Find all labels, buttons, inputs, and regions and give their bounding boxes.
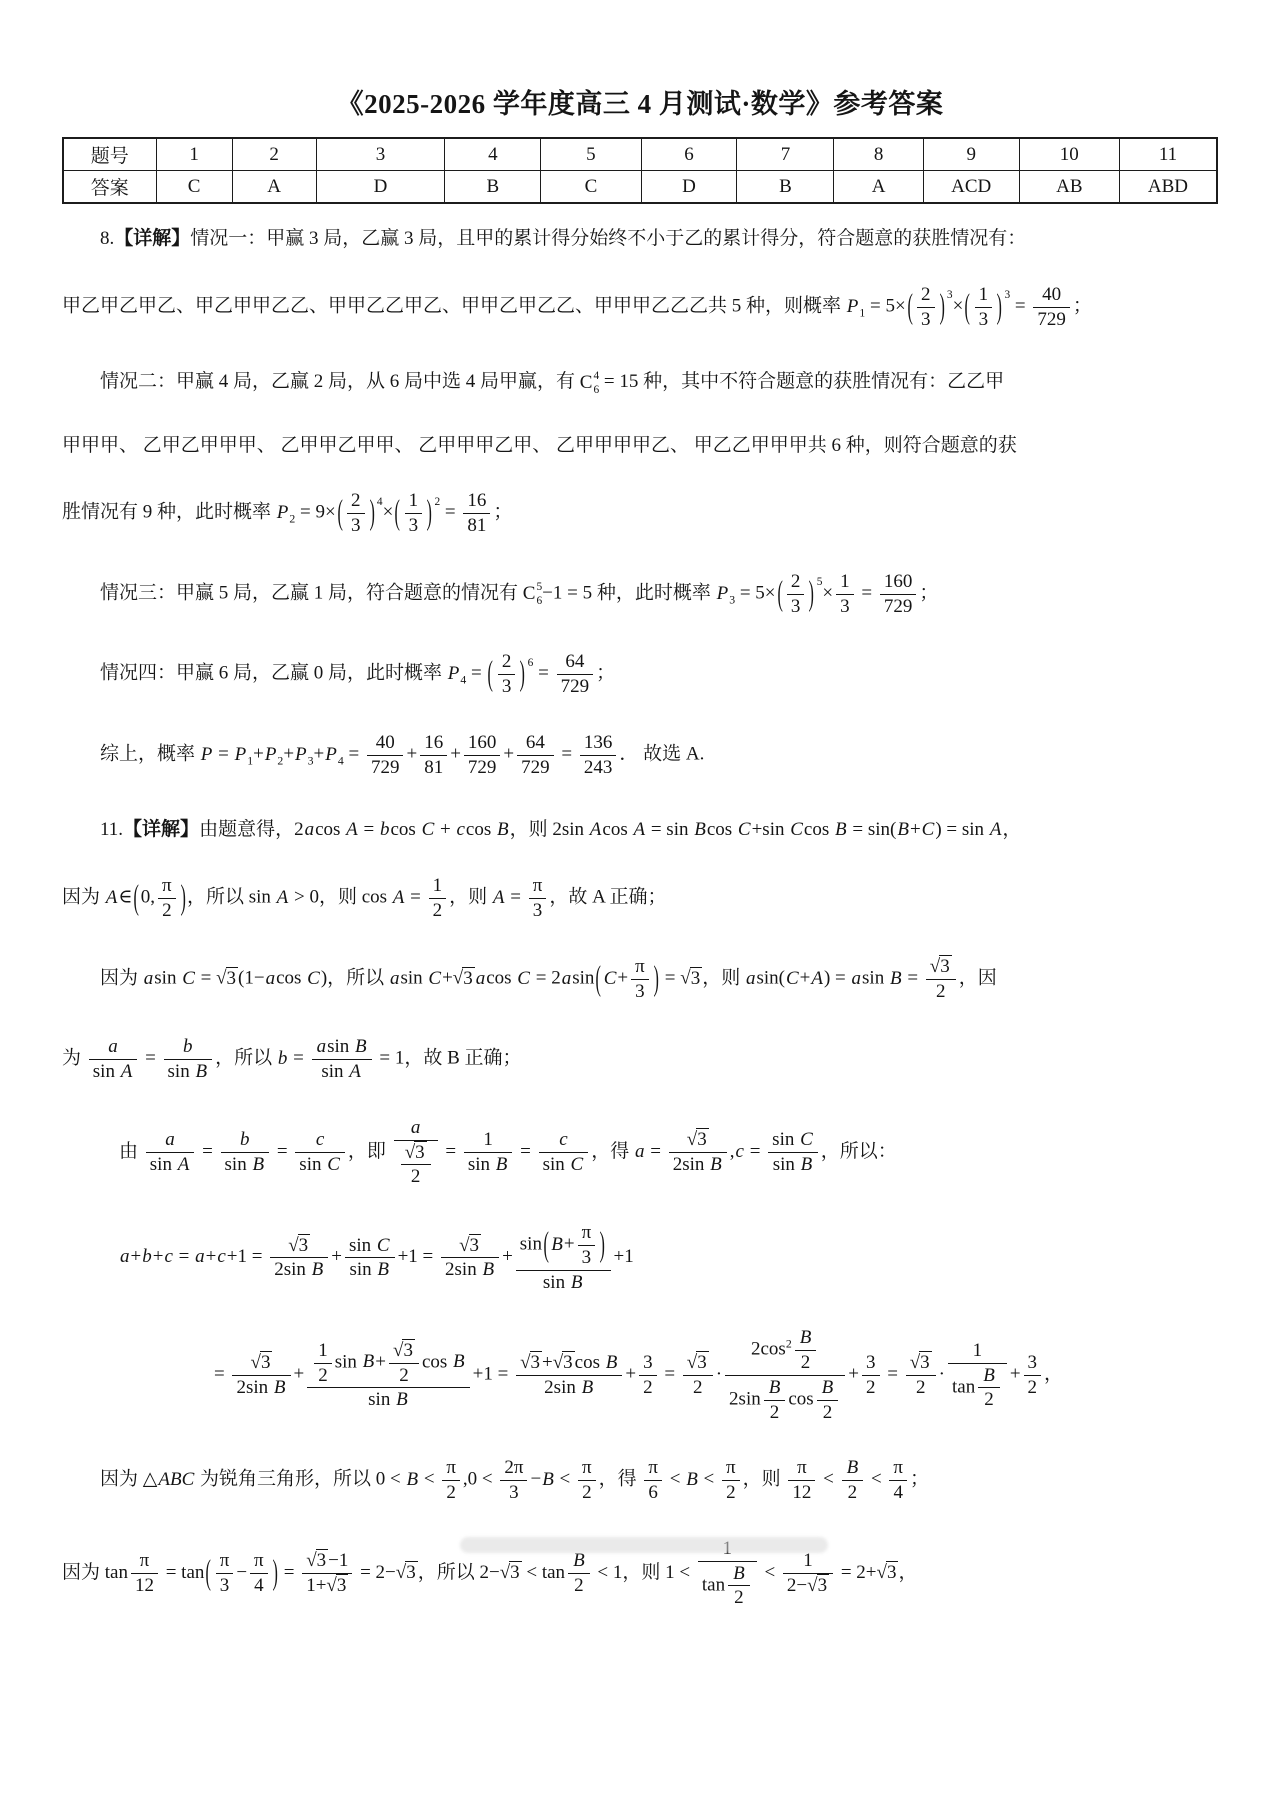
solution-line-q8: 胜情况有 9 种，此时概率 P2 = 9×(23)4×(13)2 = 1681； (62, 489, 1218, 538)
solution-line-q11: 由 asin A = bsin B = csin C，即 a√32 = 1sin… (62, 1116, 1218, 1189)
question-number-cell: 4 (445, 138, 541, 171)
answer-cell: A (834, 171, 923, 204)
answer-cell: D (316, 171, 445, 204)
row-header-cell: 题号 (63, 138, 156, 171)
solution-line-q11: a+b+c = a+c+1 = √32sin B+sin Csin B+1 = … (62, 1221, 1218, 1294)
solution-line-q11: 因为 asin C = √3(1−acos C)，所以 asin C+√3aco… (62, 955, 1218, 1004)
answer-table-row: 答案CADBCDBAACDABABD (63, 171, 1217, 204)
solution-lines: 8.【详解】情况一：甲赢 3 局，乙赢 3 局，且甲的累计得分始终不小于乙的累计… (62, 220, 1218, 1610)
solution-line-q8: 情况二：甲赢 4 局，乙赢 2 局，从 6 局中选 4 局甲赢，有 C46 = … (62, 363, 1218, 402)
answer-cell: D (641, 171, 737, 204)
solution-line-q11: 11.【详解】由题意得，2acos A = bcos C + ccos B，则 … (62, 811, 1218, 850)
question-number-cell: 5 (541, 138, 641, 171)
question-number-cell: 9 (923, 138, 1019, 171)
answer-cell: A (232, 171, 316, 204)
solution-line-q8: 甲甲甲、 乙甲乙甲甲甲、 乙甲甲乙甲甲、 乙甲甲甲乙甲、 乙甲甲甲甲乙、 甲乙乙… (62, 427, 1218, 466)
answer-cell: ACD (923, 171, 1019, 204)
answer-cell: AB (1019, 171, 1119, 204)
solution-line-q8: 情况三：甲赢 5 局，乙赢 1 局，符合题意的情况有 C56−1 = 5 种，此… (62, 570, 1218, 619)
answer-table-row: 题号1234567891011 (63, 138, 1217, 171)
answer-table: 题号1234567891011答案CADBCDBAACDABABD (62, 137, 1218, 204)
question-number-cell: 8 (834, 138, 923, 171)
question-number-cell: 1 (156, 138, 232, 171)
answer-cell: C (156, 171, 232, 204)
question-number-cell: 7 (737, 138, 834, 171)
solution-line-q8: 情况四：甲赢 6 局，乙赢 0 局，此时概率 P4 = (23)6 = 6472… (62, 650, 1218, 699)
solution-line-q8: 甲乙甲乙甲乙、甲乙甲甲乙乙、甲甲乙乙甲乙、甲甲乙甲乙乙、甲甲甲乙乙乙共 5 种，… (62, 283, 1218, 332)
answer-cell: B (737, 171, 834, 204)
answer-table-body: 题号1234567891011答案CADBCDBAACDABABD (63, 138, 1217, 203)
answer-cell: ABD (1119, 171, 1217, 204)
answer-cell: B (445, 171, 541, 204)
question-number-cell: 11 (1119, 138, 1217, 171)
row-header-cell: 答案 (63, 171, 156, 204)
solution-line-q11: 因为 A∈(0,π2)，所以 sin A > 0，则 cos A = 12，则 … (62, 874, 1218, 923)
question-number-cell: 10 (1019, 138, 1119, 171)
solution-line-q11: 因为 △ABC 为锐角三角形，所以 0 < B < π2,0 < 2π3−B <… (62, 1456, 1218, 1505)
watermark-bar (460, 1537, 828, 1553)
question-number-cell: 2 (232, 138, 316, 171)
page-title: 《2025-2026 学年度高三 4 月测试·数学》参考答案 (62, 0, 1218, 121)
document-page: 《2025-2026 学年度高三 4 月测试·数学》参考答案 题号1234567… (0, 0, 1280, 1610)
solution-line-q8: 8.【详解】情况一：甲赢 3 局，乙赢 3 局，且甲的累计得分始终不小于乙的累计… (62, 220, 1218, 259)
solution-line-q8: 综上，概率 P = P1+P2+P3+P4 = 40729+1681+16072… (62, 731, 1218, 780)
answer-cell: C (541, 171, 641, 204)
question-number-cell: 6 (641, 138, 737, 171)
solution-line-q11: 为 asin A = bsin B，所以 b = asin Bsin A = 1… (62, 1035, 1218, 1084)
question-number-cell: 3 (316, 138, 445, 171)
solution-line-q11: = √32sin B+12sin B+√32cos Bsin B+1 = √3+… (62, 1326, 1218, 1424)
